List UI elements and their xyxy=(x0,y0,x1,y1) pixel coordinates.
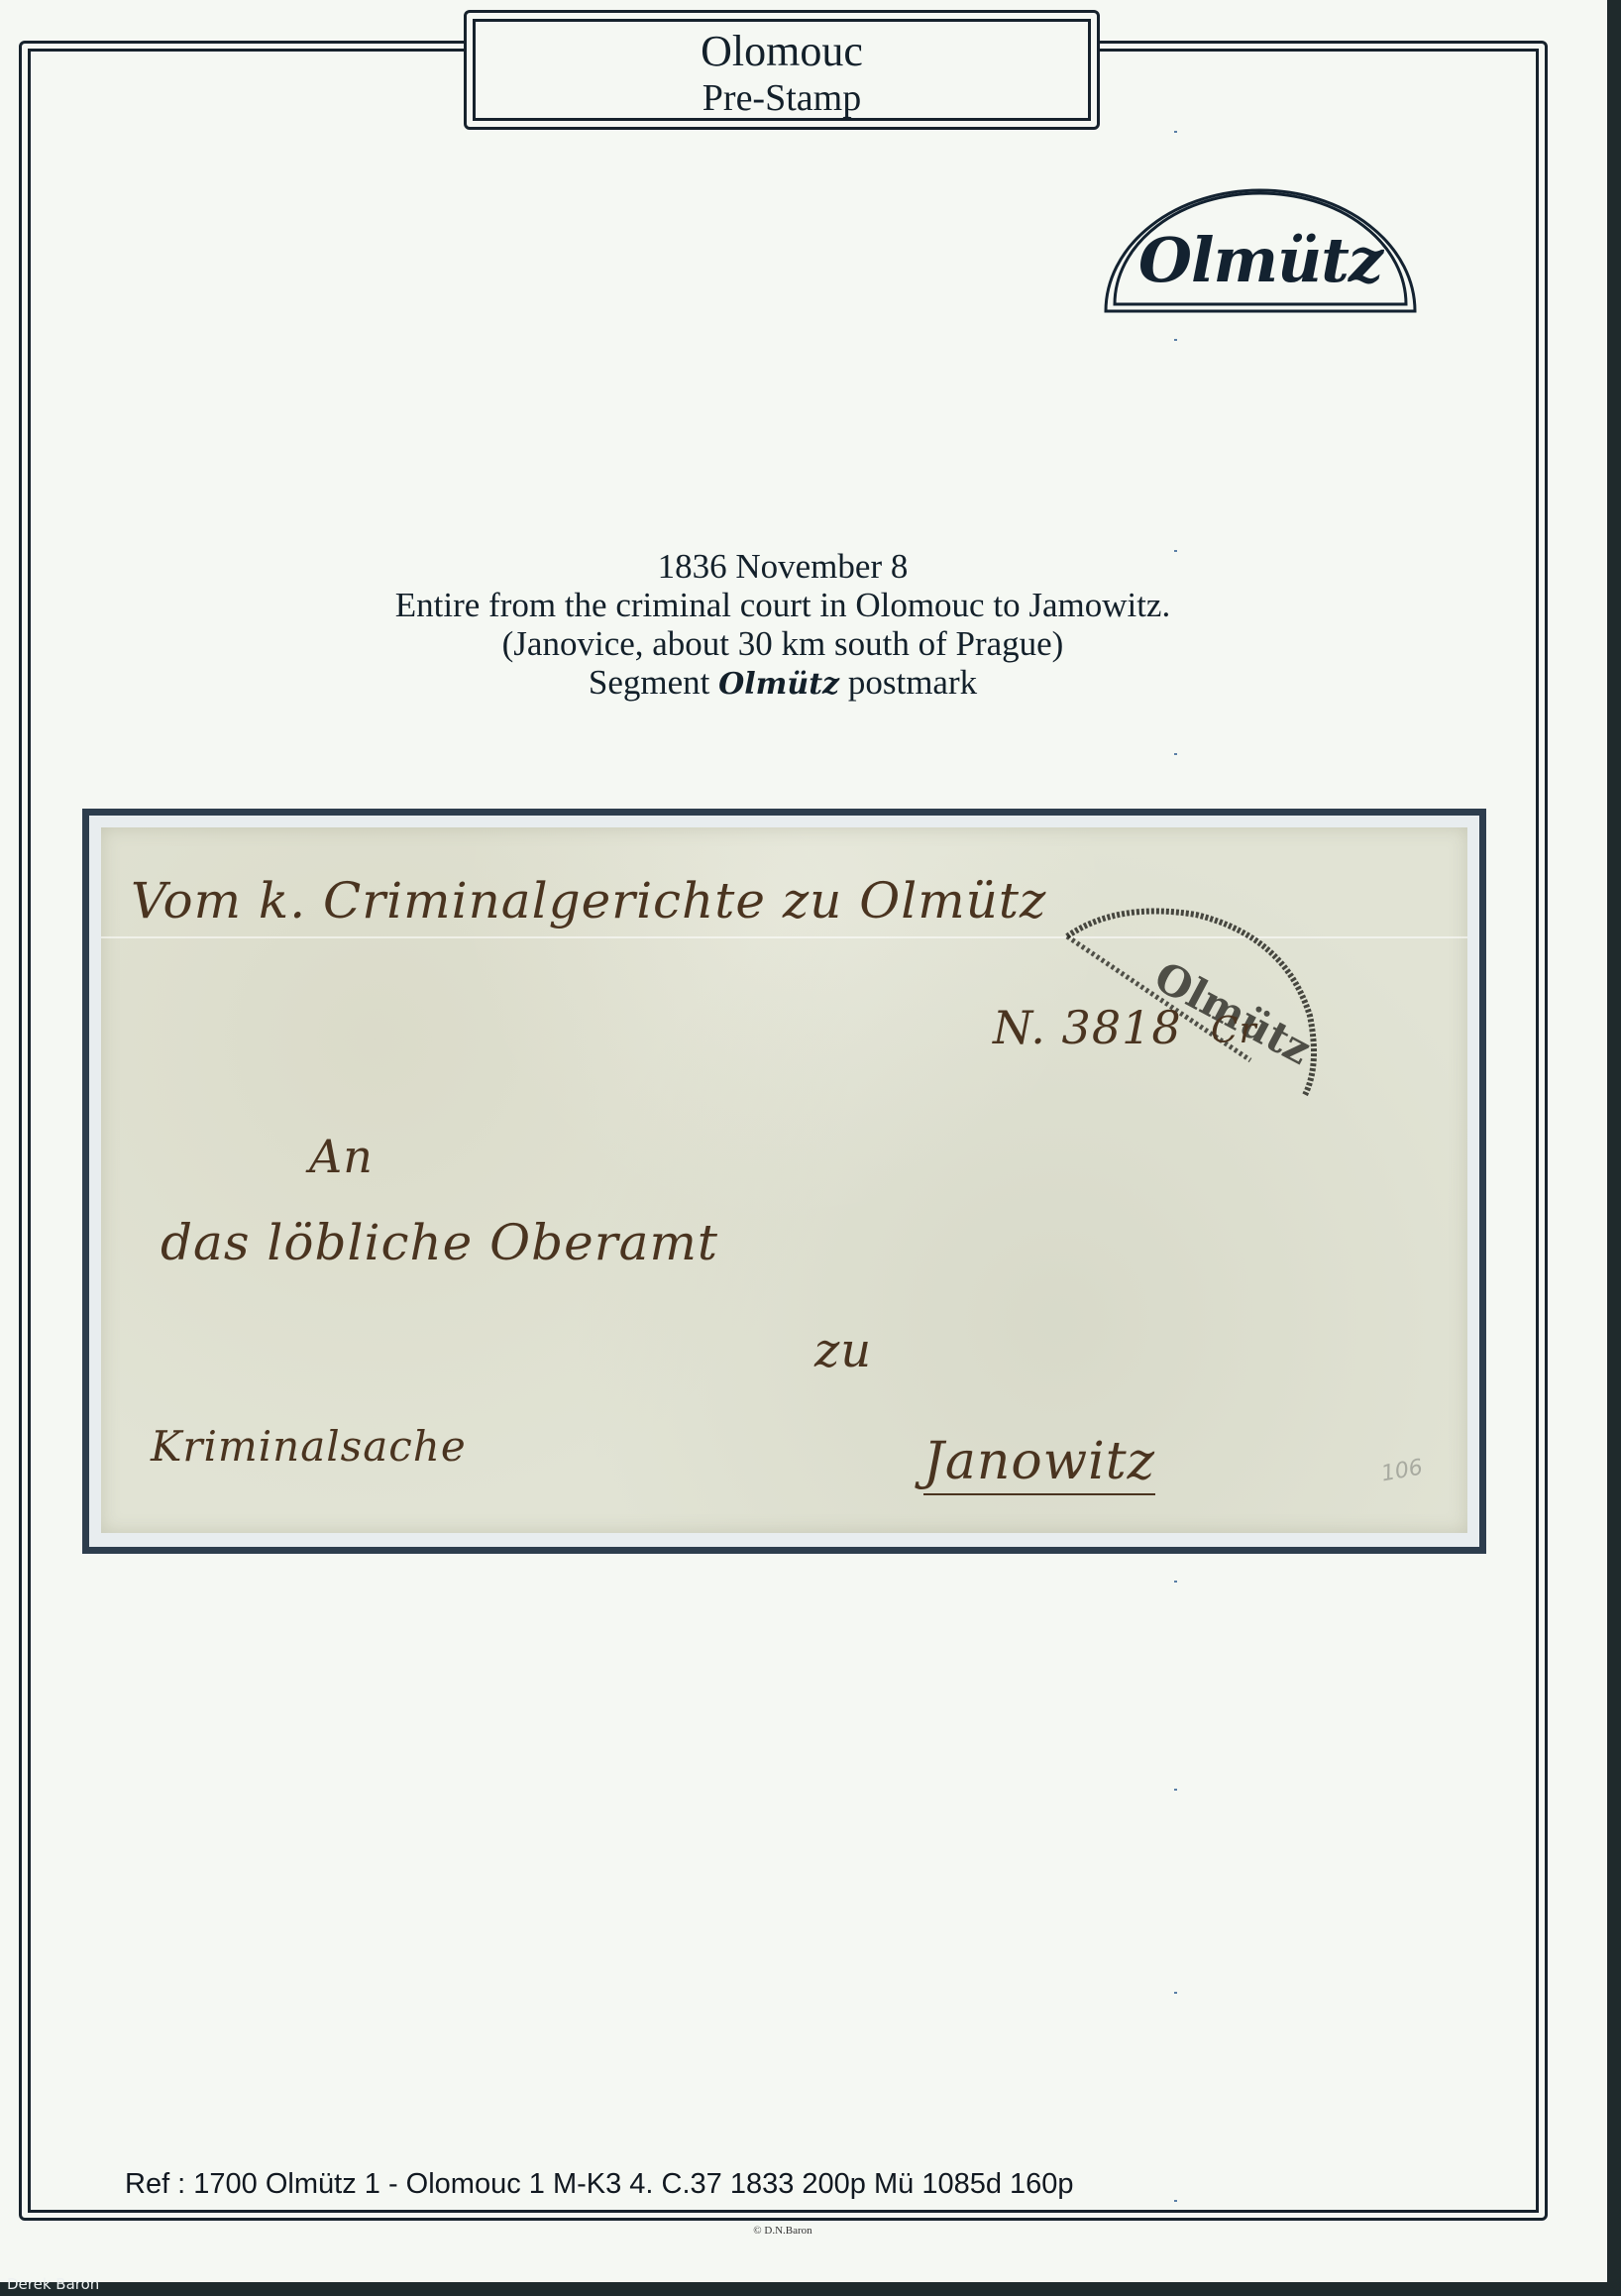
copyright-notice: © D.N.Baron xyxy=(0,2225,1566,2237)
handwriting-reference-suffix: Cr xyxy=(1211,1011,1257,1051)
title-box-inner: Olomouc Pre-Stamp xyxy=(473,19,1091,121)
cover-mount: Vom k. Criminalgerichte zu Olmütz Olmütz… xyxy=(82,809,1486,1554)
album-page: Olomouc Pre-Stamp Olmütz 1836 November 8… xyxy=(0,0,1607,2282)
description-line3: Segment Olmütz postmark xyxy=(0,663,1566,704)
postal-cover: Vom k. Criminalgerichte zu Olmütz Olmütz… xyxy=(101,827,1467,1533)
speck xyxy=(1174,753,1177,755)
handwriting-service-note: Kriminalsache xyxy=(151,1422,467,1471)
segment-postmark-icon: Olmütz xyxy=(1102,188,1419,315)
page-title: Olomouc xyxy=(476,30,1088,73)
description: 1836 November 8 Entire from the criminal… xyxy=(0,547,1566,704)
handwriting-recipient: das löbliche Oberamt xyxy=(161,1214,718,1271)
speck xyxy=(1174,1992,1177,1994)
title-box: Olomouc Pre-Stamp xyxy=(464,10,1100,130)
photographer-watermark: Derek Baron xyxy=(7,2275,99,2293)
speck xyxy=(1174,1581,1177,1583)
description-prefix: Segment xyxy=(589,663,709,702)
speck xyxy=(1174,1789,1177,1791)
description-postmark-name: Olmütz xyxy=(718,667,839,702)
description-line2: (Janovice, about 30 km south of Prague) xyxy=(0,624,1566,663)
description-suffix: postmark xyxy=(848,663,977,702)
handwriting-reference-number: N. 3818 xyxy=(993,1001,1182,1054)
catalogue-reference: Ref : 1700 Olmütz 1 - Olomouc 1 M-K3 4. … xyxy=(125,2168,1074,2201)
speck xyxy=(1174,339,1177,341)
handwriting-preposition: zu xyxy=(814,1323,872,1378)
pencil-note: 106 xyxy=(1379,1456,1425,1487)
mount-inner: Vom k. Criminalgerichte zu Olmütz Olmütz… xyxy=(89,816,1479,1547)
description-date: 1836 November 8 xyxy=(0,547,1566,586)
speck xyxy=(1174,550,1177,552)
handwriting-sender: Vom k. Criminalgerichte zu Olmütz xyxy=(131,872,1046,929)
description-line1: Entire from the criminal court in Olomou… xyxy=(0,586,1566,624)
handwriting-destination: Janowitz xyxy=(923,1432,1155,1495)
postmark-emblem-text: Olmütz xyxy=(1102,224,1419,296)
speck xyxy=(1174,2200,1177,2202)
page-subtitle: Pre-Stamp xyxy=(476,79,1088,117)
speck xyxy=(1174,131,1177,133)
handwriting-address-to: An xyxy=(309,1130,374,1183)
